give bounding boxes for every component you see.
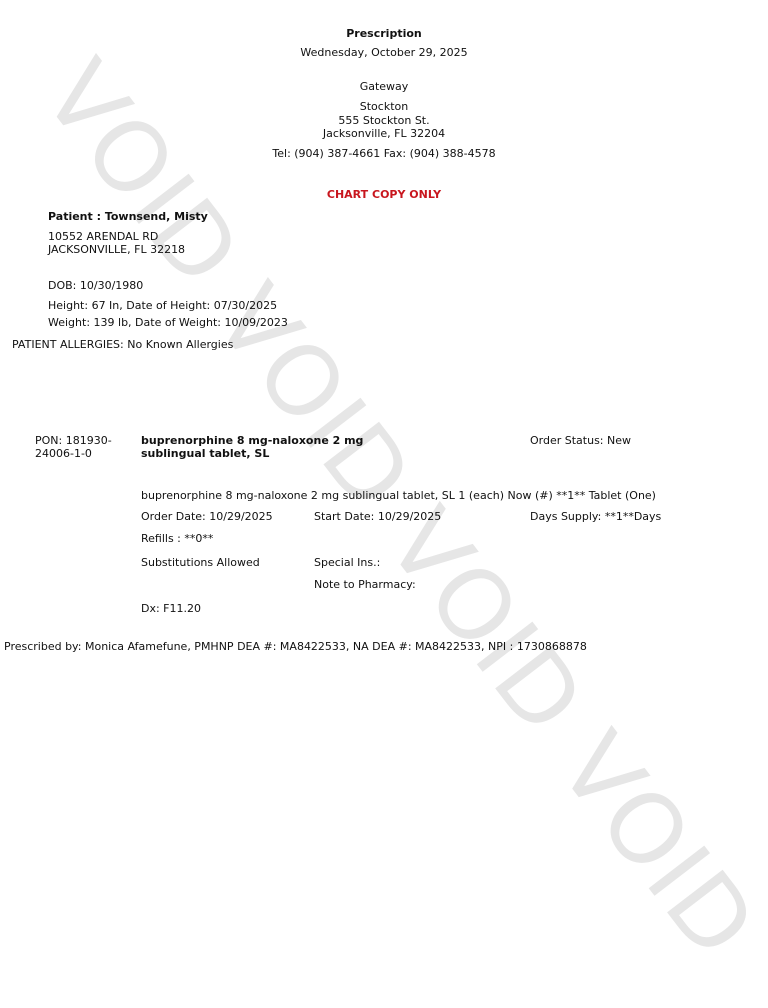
pon-line2: 24006-1-0: [35, 447, 92, 460]
document-title: Prescription: [26, 27, 742, 40]
special-instructions: Special Ins.:: [314, 556, 380, 569]
chart-copy-notice: CHART COPY ONLY: [26, 188, 742, 201]
start-date: Start Date: 10/29/2025: [314, 510, 441, 523]
order-status: Order Status: New: [530, 434, 631, 447]
document-date: Wednesday, October 29, 2025: [26, 46, 742, 59]
patient-weight: Weight: 139 lb, Date of Weight: 10/09/20…: [48, 316, 288, 329]
drug-name-line2: sublingual tablet, SL: [141, 447, 269, 460]
facility-address-line1: 555 Stockton St.: [26, 114, 742, 127]
facility-address-line2: Jacksonville, FL 32204: [26, 127, 742, 140]
facility-contact: Tel: (904) 387-4661 Fax: (904) 388-4578: [26, 147, 742, 160]
pon-line1: PON: 181930-: [35, 434, 112, 447]
refills: Refills : **0**: [141, 532, 213, 545]
patient-address-line1: 10552 ARENDAL RD: [48, 230, 158, 243]
facility-name: Gateway: [26, 80, 742, 93]
drug-name-line1: buprenorphine 8 mg-naloxone 2 mg: [141, 434, 363, 447]
days-supply: Days Supply: **1**Days: [530, 510, 661, 523]
prescriber-line: Prescribed by: Monica Afamefune, PMHNP D…: [4, 640, 587, 653]
patient-address-line2: JACKSONVILLE, FL 32218: [48, 243, 185, 256]
diagnosis-code: Dx: F11.20: [141, 602, 201, 615]
patient-dob: DOB: 10/30/1980: [48, 279, 143, 292]
order-date: Order Date: 10/29/2025: [141, 510, 273, 523]
patient-allergies: PATIENT ALLERGIES: No Known Allergies: [12, 338, 233, 351]
prescription-document: Prescription Wednesday, October 29, 2025…: [0, 0, 768, 1008]
order-sig: buprenorphine 8 mg-naloxone 2 mg subling…: [141, 489, 656, 502]
facility-site: Stockton: [26, 100, 742, 113]
substitutions: Substitutions Allowed: [141, 556, 260, 569]
note-to-pharmacy: Note to Pharmacy:: [314, 578, 416, 591]
patient-name: Patient : Townsend, Misty: [48, 210, 208, 223]
patient-height: Height: 67 In, Date of Height: 07/30/202…: [48, 299, 277, 312]
